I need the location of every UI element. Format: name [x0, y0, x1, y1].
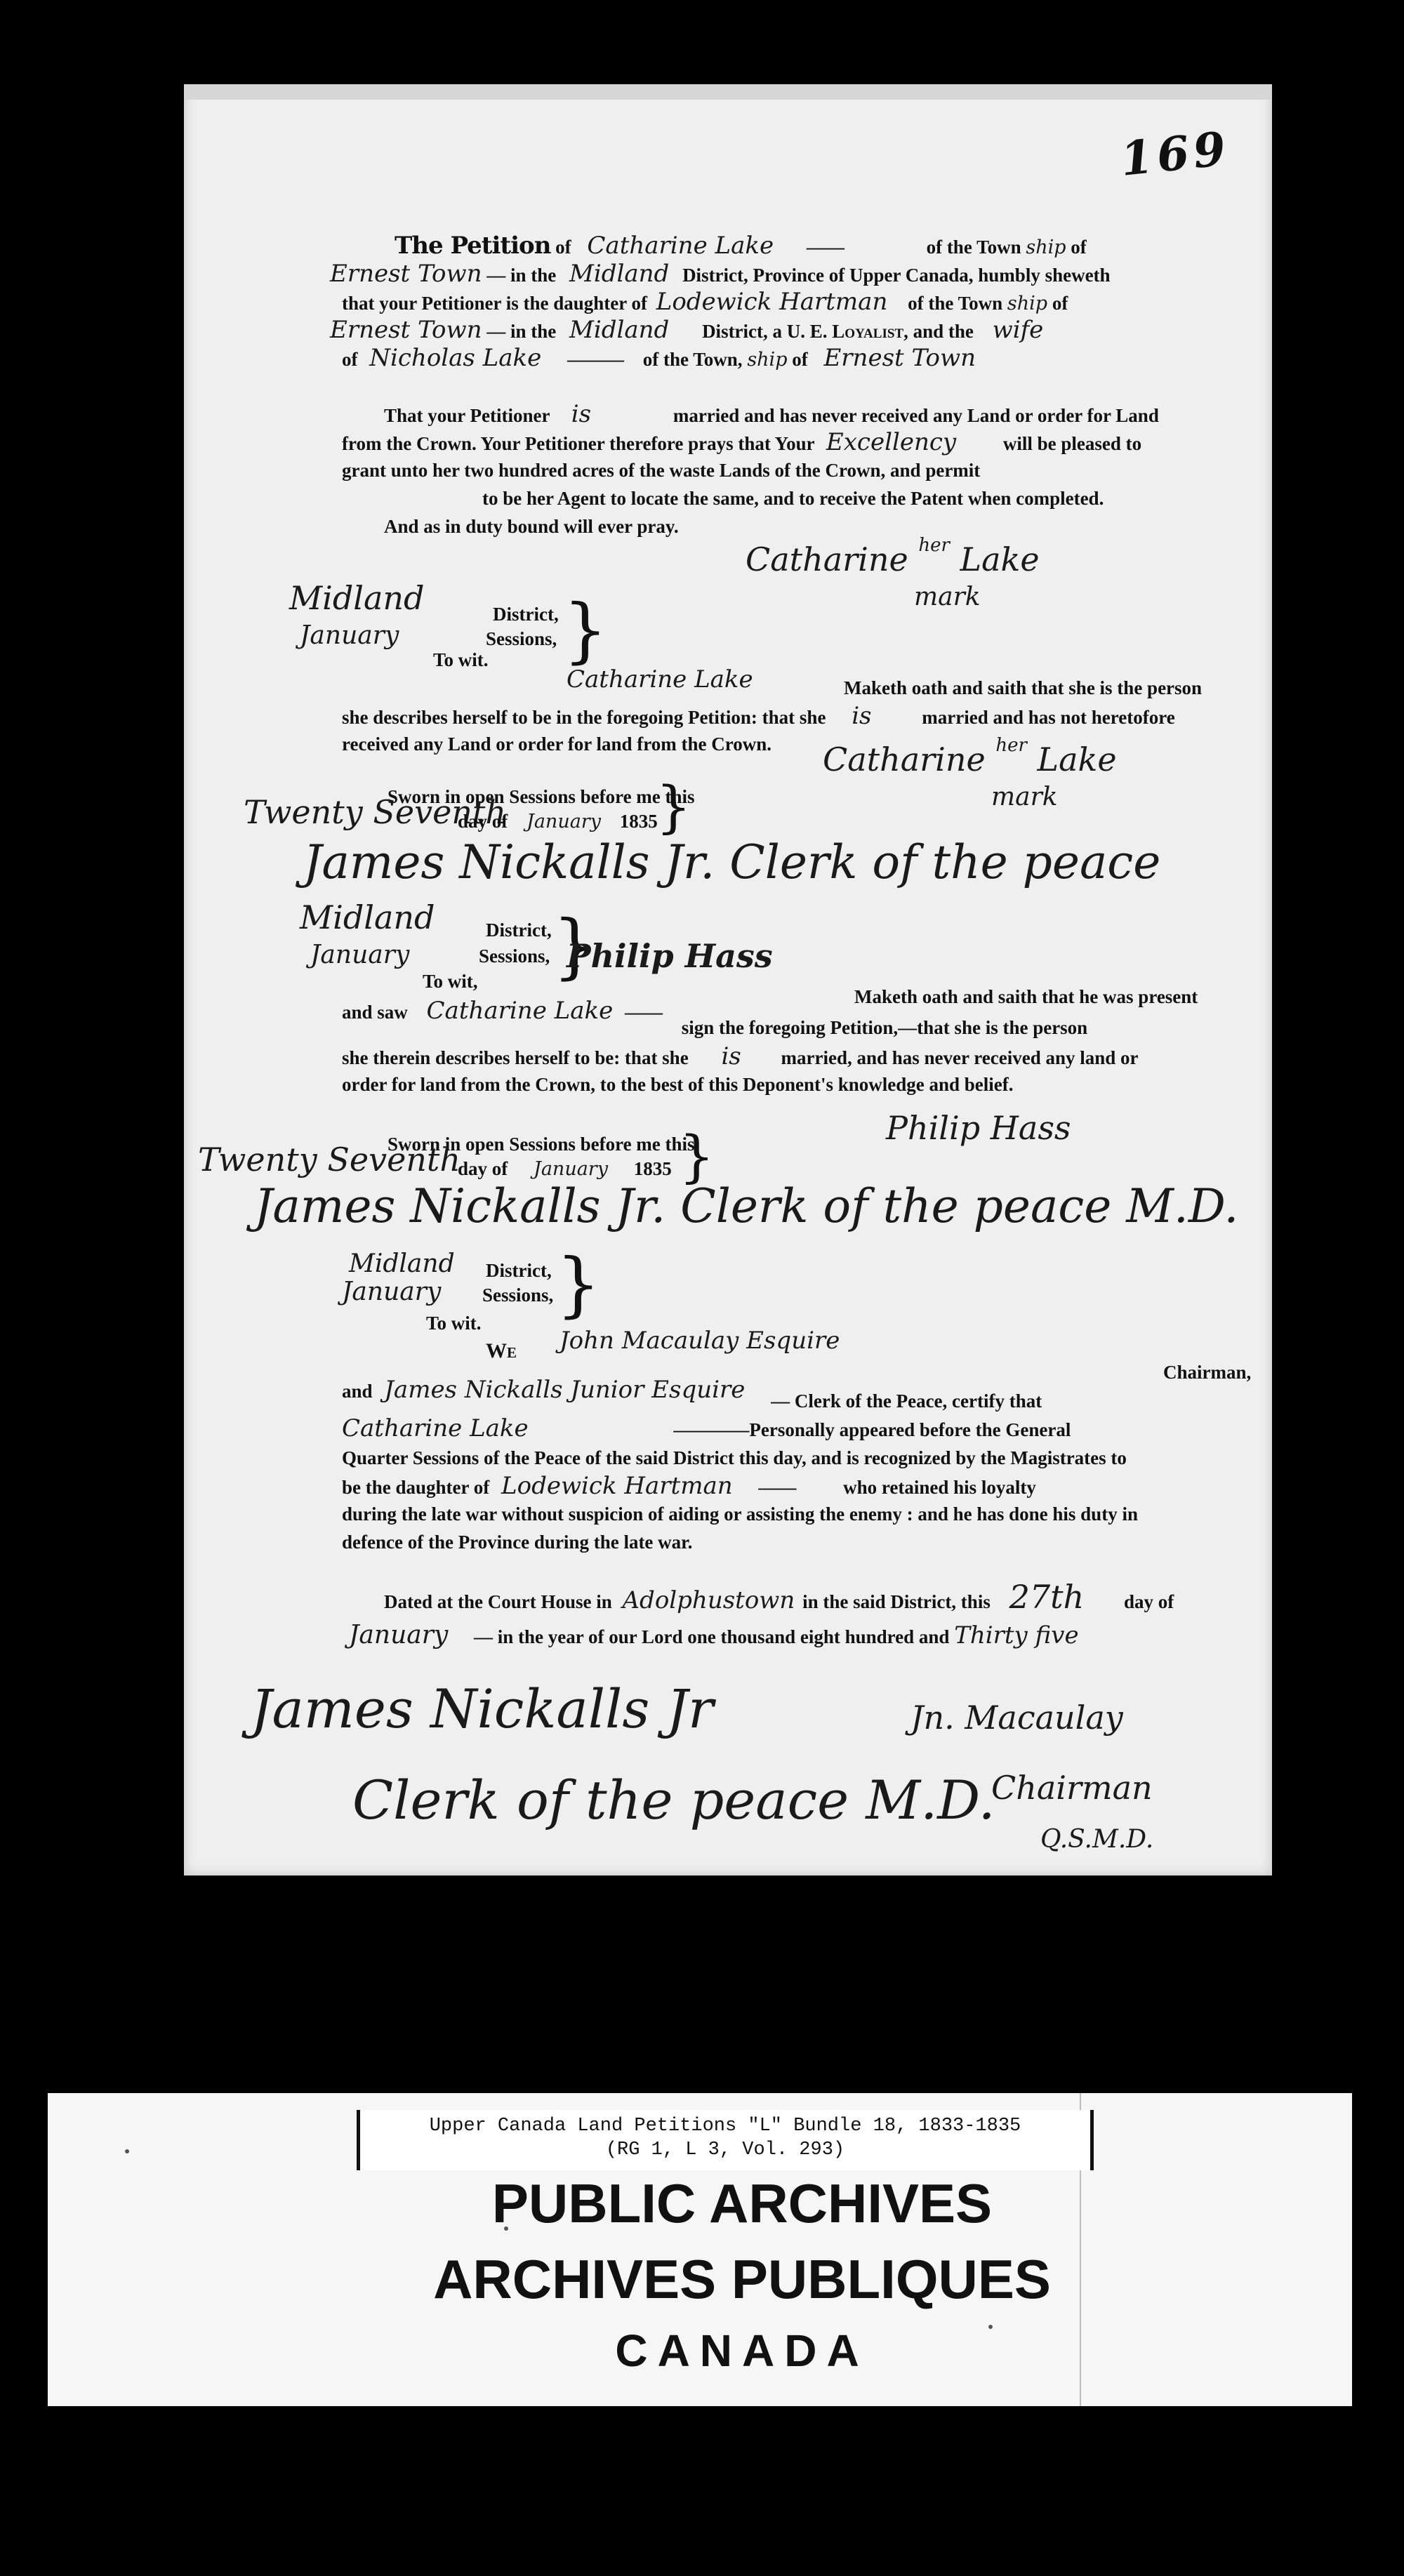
dated-year: Thirty five — [954, 1621, 1078, 1649]
archive-title-fr: ARCHIVES PUBLIQUES — [48, 2248, 1394, 2311]
dated-line-2: January — in the year of our Lord one th… — [349, 1621, 1079, 1651]
petitioner-mark-label: mark — [914, 583, 981, 611]
prayer-line-2: from the Crown. Your Petitioner therefor… — [342, 428, 1141, 458]
clerk-signature-1: James Nickalls Jr. Clerk of the peace — [303, 835, 1160, 889]
affidavit1-district: Midland — [289, 579, 424, 617]
prayer-line-5: And as in duty bound will ever pray. — [384, 512, 679, 540]
reference-line-2: (RG 1, L 3, Vol. 293) — [360, 2138, 1090, 2162]
page-top-edge — [184, 84, 1272, 100]
prayer-line-4: to be her Agent to locate the same, and … — [482, 484, 1104, 512]
certified-person: Catharine Lake — [342, 1414, 529, 1442]
chairman-signature-title: Chairman — [991, 1769, 1153, 1807]
archive-title-en: PUBLIC ARCHIVES — [48, 2172, 1394, 2236]
petition-line-1: The Petition of Catharine Lake —— of the… — [395, 232, 1087, 262]
final-clerk-signature-name: James Nickalls Jr — [251, 1678, 713, 1740]
reference-line-1: Upper Canada Land Petitions "L" Bundle 1… — [360, 2114, 1090, 2138]
township-name: Ernest Town — [330, 260, 482, 288]
petition-line-3: that your Petitioner is the daughter of … — [342, 288, 1068, 318]
dated-line-1: Dated at the Court House in Adolphustown… — [384, 1583, 1174, 1616]
final-clerk-signature-title: Clerk of the peace M.D. — [352, 1769, 995, 1831]
reference-label: Upper Canada Land Petitions "L" Bundle 1… — [357, 2110, 1094, 2170]
petition-heading: The Petition — [395, 232, 550, 260]
petition-line-5: of Nicholas Lake ——— of the Town, ship o… — [342, 344, 976, 374]
petitioner-name: Catharine Lake — [587, 232, 774, 260]
archive-country: CANADA — [48, 2325, 1394, 2377]
dated-day: 27th — [1009, 1578, 1085, 1616]
witness-name: Philip Hass — [567, 937, 773, 975]
witness-signature: Philip Hass — [886, 1109, 1071, 1147]
chairman-signature-district: Q.S.M.D. — [1040, 1825, 1153, 1854]
petitioner-signature: Catharine her Lake — [746, 540, 1040, 578]
prayer-line-1: That your Petitioner is married and has … — [384, 400, 1159, 430]
ue-loyalist: U. E. Loyalist, — [787, 321, 908, 342]
petition-line-2: Ernest Town — in the Midland District, P… — [330, 260, 1111, 289]
brace-icon: } — [563, 595, 608, 665]
affidavit1-sessions: January — [300, 621, 399, 650]
clerk-name: James Nickalls Junior Esquire — [384, 1376, 745, 1404]
petition-line-4: Ernest Town — in the Midland District, a… — [330, 316, 1043, 345]
affidavit1-signature: Catharine her Lake — [823, 741, 1117, 778]
husband-name: Nicholas Lake — [369, 344, 541, 372]
folio-number: 169 — [1118, 121, 1233, 187]
affidavit1-deponent: Catharine Lake — [567, 665, 753, 693]
petition-page: 169 The Petition of Catharine Lake —— of… — [184, 84, 1272, 1875]
prayer-line-3: grant unto her two hundred acres of the … — [342, 456, 980, 484]
chairman-signature: Jn. Macaulay — [910, 1699, 1123, 1737]
archive-target-card: Upper Canada Land Petitions "L" Bundle 1… — [48, 2093, 1352, 2406]
father-name: Lodewick Hartman — [656, 288, 888, 316]
chairman-name: John Macaulay Esquire — [559, 1327, 840, 1355]
court-house-place: Adolphustown — [623, 1586, 795, 1614]
district-name: Midland — [569, 260, 669, 288]
clerk-signature-2: James Nickalls Jr. Clerk of the peace M.… — [254, 1179, 1238, 1233]
